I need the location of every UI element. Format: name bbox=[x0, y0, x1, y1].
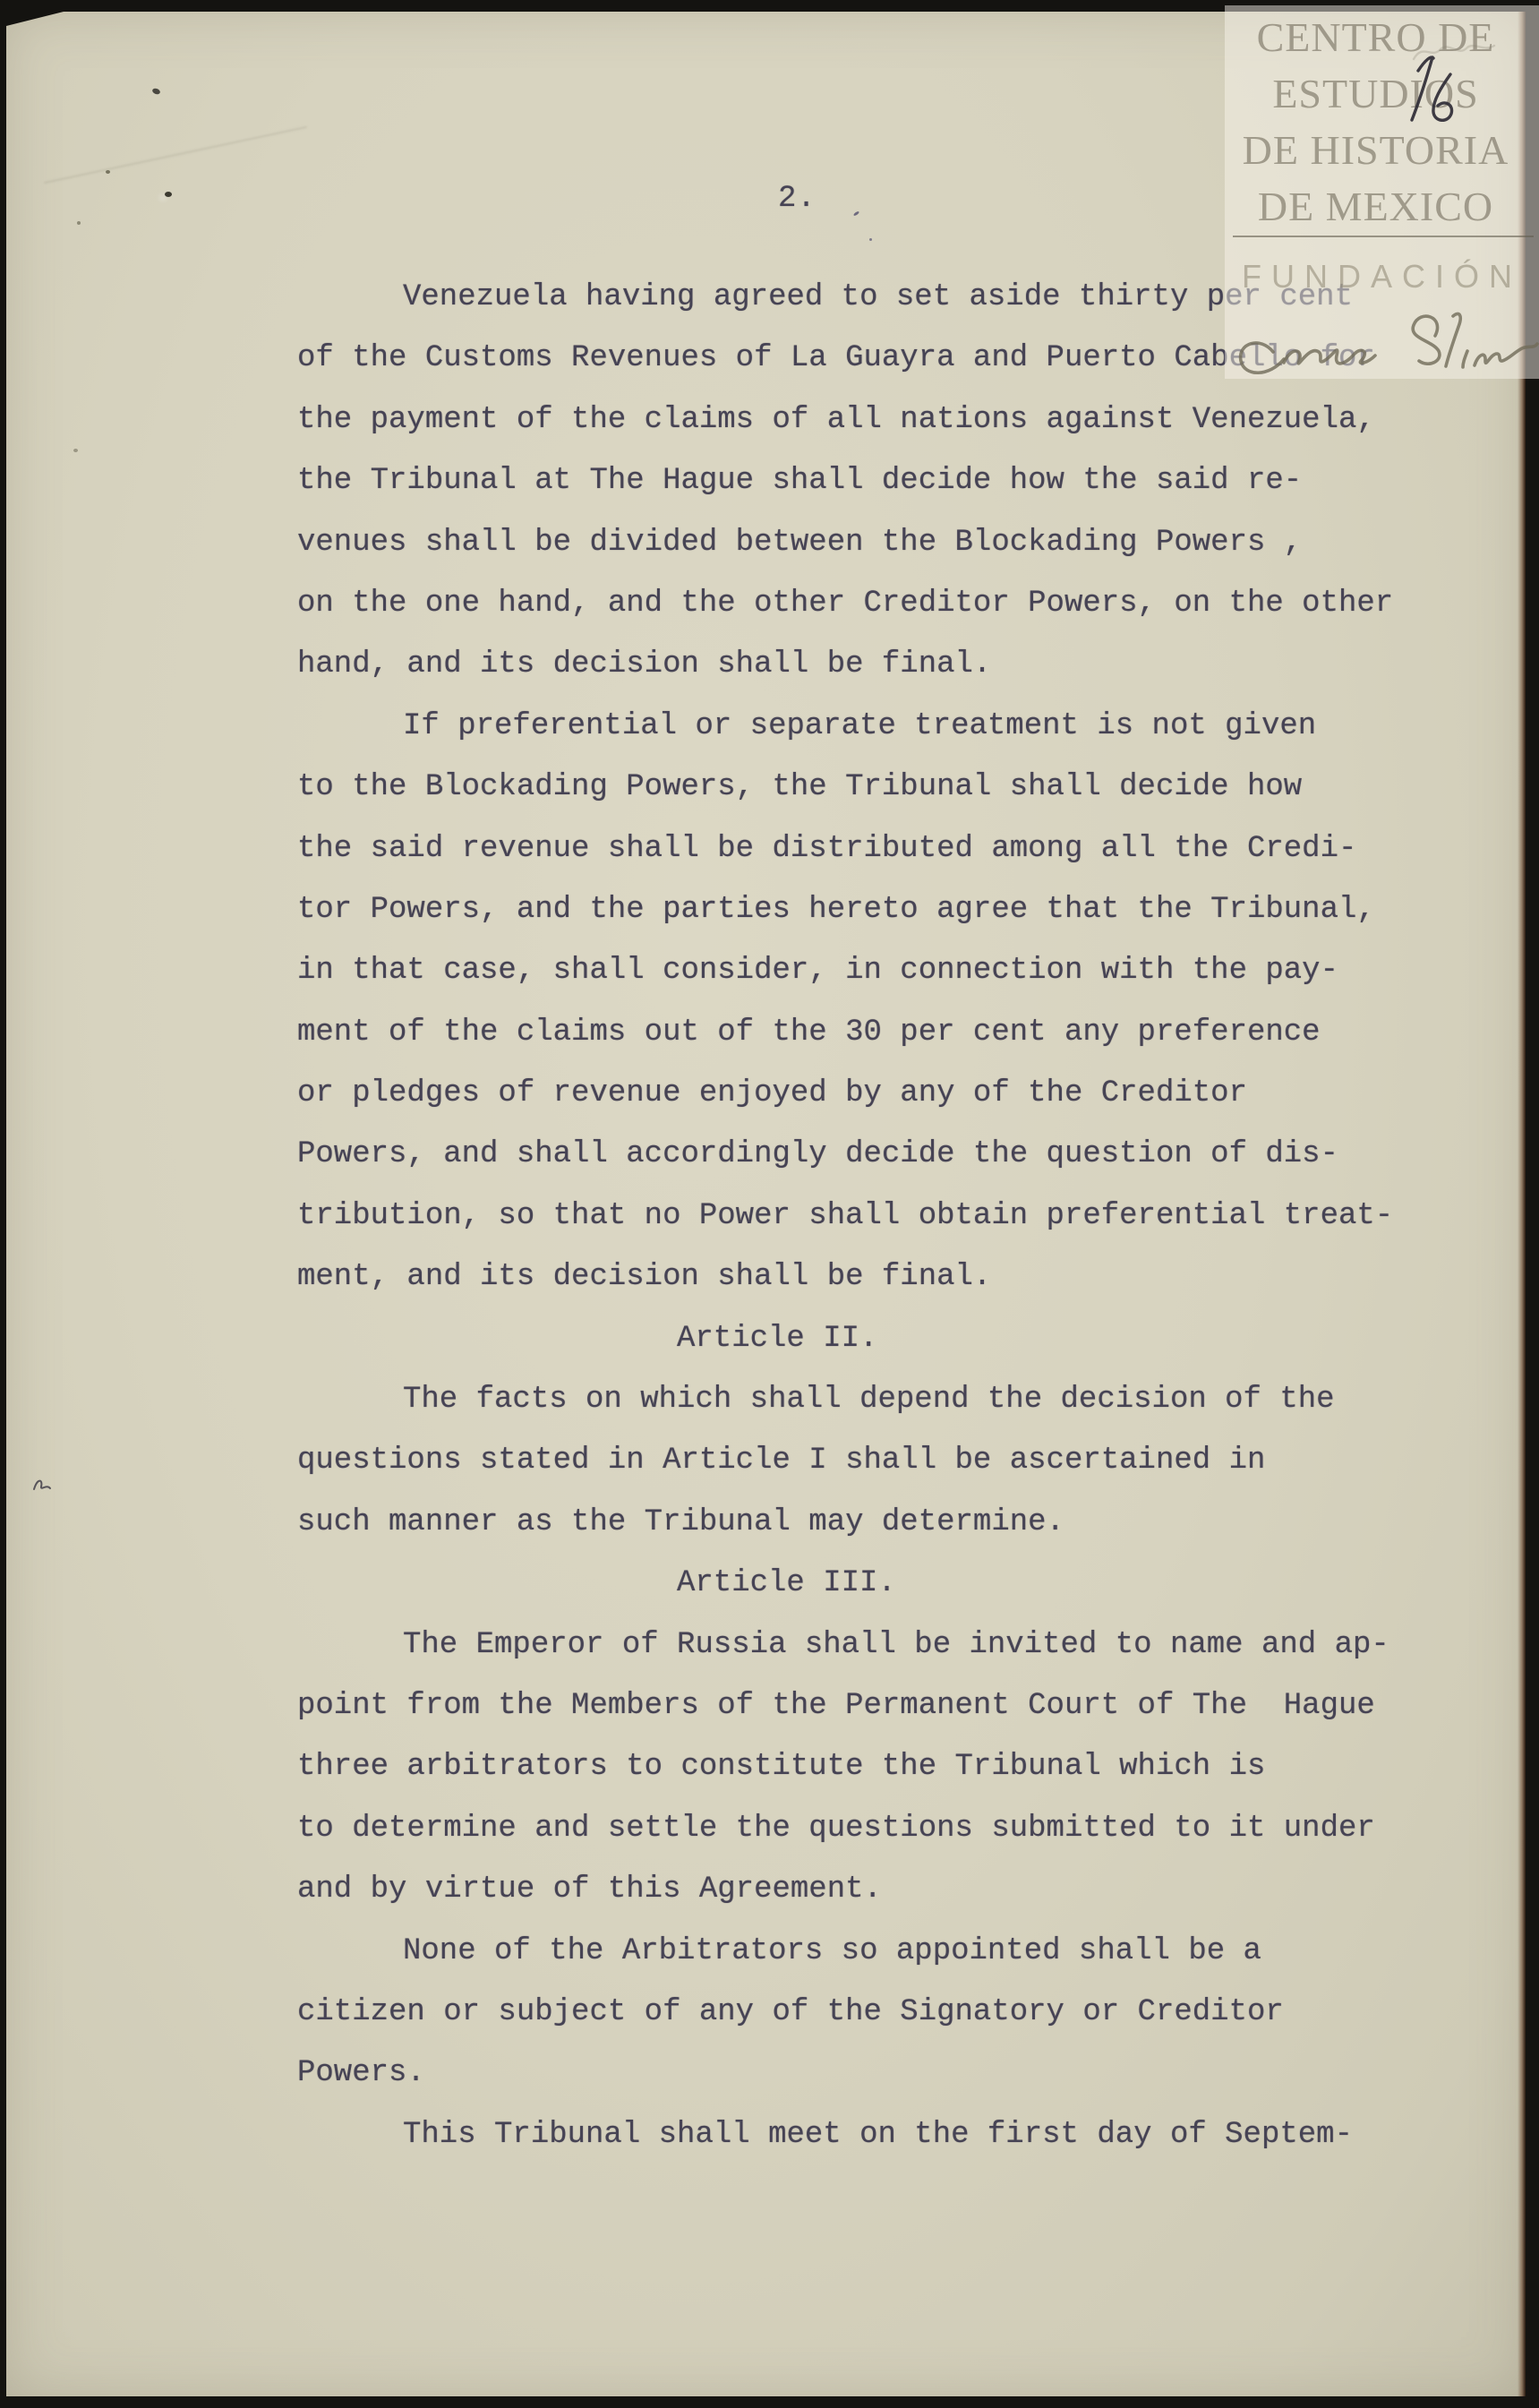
document-line: such manner as the Tribunal may determin… bbox=[297, 1492, 1452, 1553]
scanned-document: 2. Venezuela having agreed to set aside … bbox=[0, 0, 1539, 2408]
signature-carlos-slim bbox=[1227, 309, 1539, 398]
document-line: and by virtue of this Agreement. bbox=[297, 1859, 1452, 1920]
paper-speck bbox=[106, 170, 110, 174]
document-line: ment of the claims out of the 30 per cen… bbox=[297, 1002, 1452, 1063]
page-corner-notch bbox=[6, 12, 64, 26]
document-line: to the Blockading Powers, the Tribunal s… bbox=[297, 757, 1452, 818]
document-body: Venezuela having agreed to set aside thi… bbox=[297, 267, 1452, 2165]
document-line: The facts on which shall depend the deci… bbox=[297, 1369, 1452, 1430]
stamp-line: ESTUDIOS bbox=[1225, 65, 1526, 122]
page-number: 2. bbox=[778, 182, 817, 216]
stamp-foundation-label: FUNDACIÓN bbox=[1225, 258, 1539, 296]
document-line: to determine and settle the questions su… bbox=[297, 1798, 1452, 1859]
document-line: None of the Arbitrators so appointed sha… bbox=[297, 1921, 1452, 1982]
document-line: the said revenue shall be distributed am… bbox=[297, 818, 1452, 879]
document-line: This Tribunal shall meet on the first da… bbox=[297, 2104, 1452, 2165]
document-line: Powers, and shall accordingly decide the… bbox=[297, 1124, 1452, 1185]
stamp-divider-rule bbox=[1233, 236, 1534, 237]
document-line: or pledges of revenue enjoyed by any of … bbox=[297, 1063, 1452, 1124]
document-line: the Tribunal at The Hague shall decide h… bbox=[297, 450, 1452, 511]
document-line: citizen or subject of any of the Signato… bbox=[297, 1982, 1452, 2043]
handwritten-number-16 bbox=[1379, 49, 1477, 130]
paper-speck bbox=[77, 221, 81, 225]
paper-speck bbox=[165, 192, 172, 197]
document-line: tribution, so that no Power shall obtain… bbox=[297, 1186, 1452, 1247]
stamp-line: DE HISTORIA bbox=[1225, 122, 1526, 178]
stamp-line: DE MEXICO bbox=[1225, 178, 1526, 235]
document-line: Powers. bbox=[297, 2043, 1452, 2104]
document-line: questions stated in Article I shall be a… bbox=[297, 1430, 1452, 1491]
document-line: ment, and its decision shall be final. bbox=[297, 1247, 1452, 1307]
document-line: point from the Members of the Permanent … bbox=[297, 1675, 1452, 1736]
document-line: tor Powers, and the parties hereto agree… bbox=[297, 879, 1452, 940]
document-line: If preferential or separate treatment is… bbox=[297, 696, 1452, 757]
document-line: in that case, shall consider, in connect… bbox=[297, 940, 1452, 1001]
document-line: three arbitrators to constitute the Trib… bbox=[297, 1736, 1452, 1797]
ink-squiggle-mark bbox=[32, 1474, 54, 1495]
document-line: Article III. bbox=[297, 1553, 1452, 1614]
document-line: The Emperor of Russia shall be invited t… bbox=[297, 1615, 1452, 1675]
paper-speck bbox=[869, 238, 872, 241]
document-line: hand, and its decision shall be final. bbox=[297, 634, 1452, 695]
document-line: Article II. bbox=[297, 1308, 1452, 1369]
paper-speck bbox=[73, 449, 78, 452]
document-line: venues shall be divided between the Bloc… bbox=[297, 512, 1452, 573]
document-line: on the one hand, and the other Creditor … bbox=[297, 573, 1452, 634]
document-line: the payment of the claims of all nations… bbox=[297, 390, 1452, 450]
